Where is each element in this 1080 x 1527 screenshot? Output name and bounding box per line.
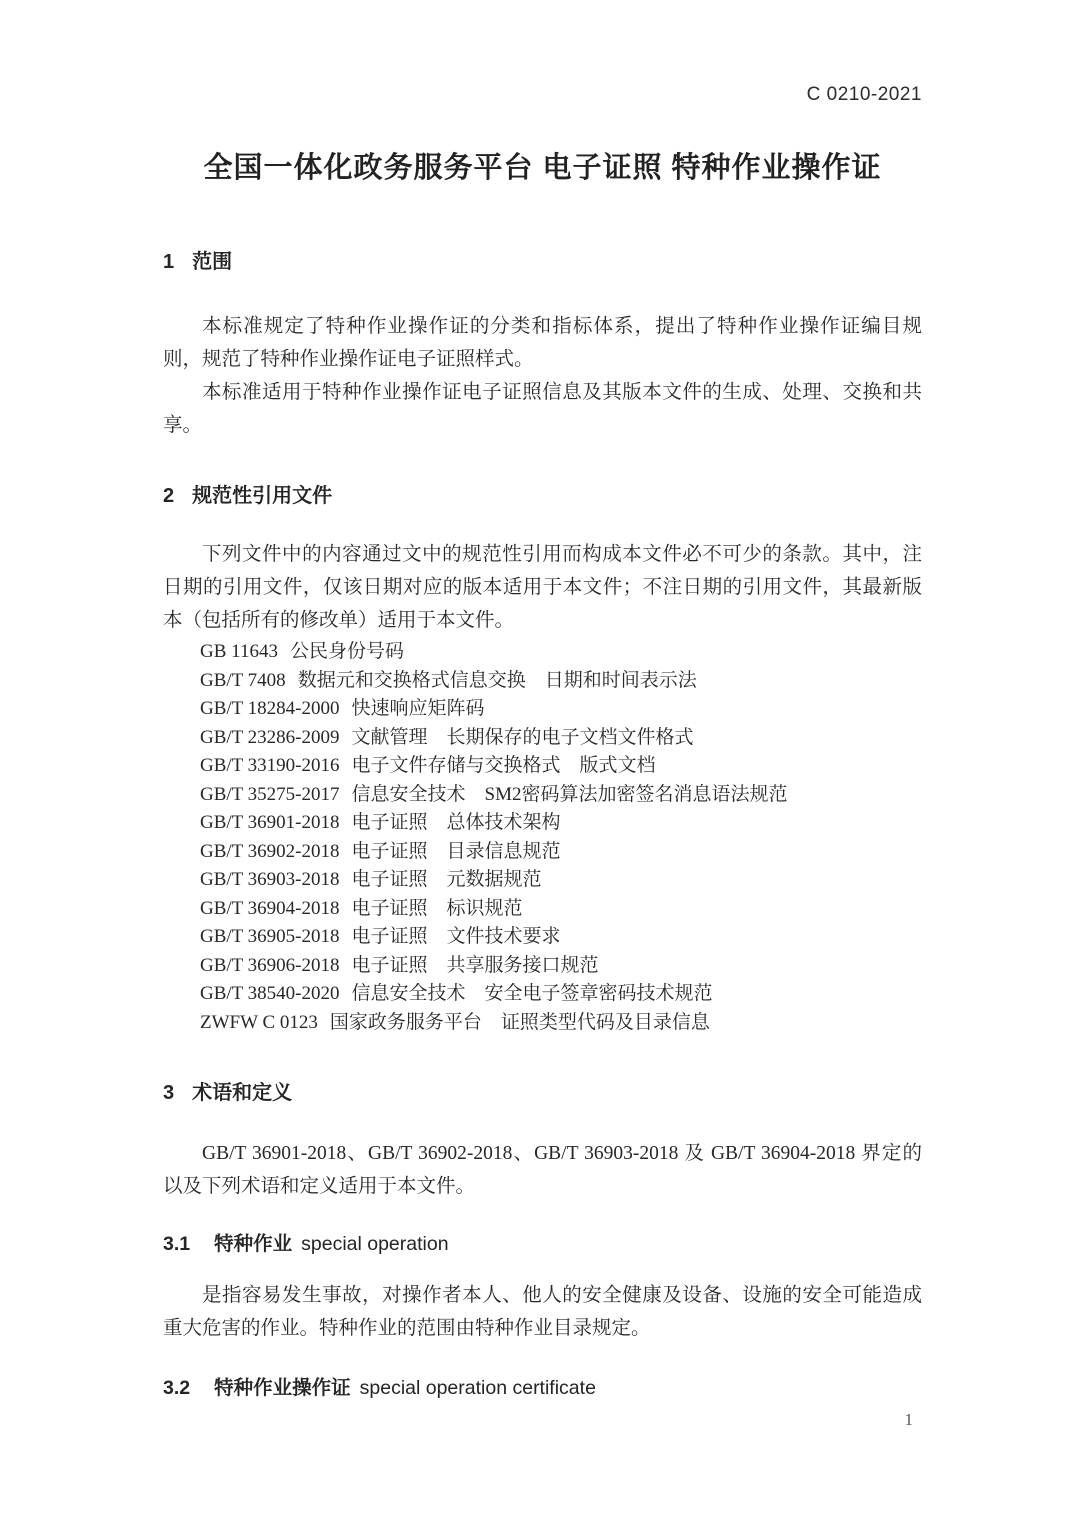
reference-code: GB/T 7408 xyxy=(200,667,286,696)
document-page: C 0210-2021 全国一体化政务服务平台 电子证照 特种作业操作证 1范围… xyxy=(0,0,1080,1527)
reference-title: 电子证照 共享服务接口规范 xyxy=(352,955,599,976)
reference-item: ZWFW C 0123国家政务服务平台 证照类型代码及目录信息 xyxy=(200,1009,922,1038)
reference-code: GB/T 36901-2018 xyxy=(200,809,340,838)
reference-code: GB/T 36902-2018 xyxy=(200,838,340,867)
reference-code: GB/T 18284-2000 xyxy=(200,695,340,724)
reference-title: 电子证照 目录信息规范 xyxy=(352,841,561,862)
reference-code: GB/T 33190-2016 xyxy=(200,752,340,781)
term-3-1-zh: 特种作业 xyxy=(214,1233,292,1255)
reference-item: GB/T 23286-2009文献管理 长期保存的电子文档文件格式 xyxy=(200,724,922,753)
reference-item: GB/T 36906-2018电子证照 共享服务接口规范 xyxy=(200,952,922,981)
reference-title: 国家政务服务平台 证照类型代码及目录信息 xyxy=(330,1012,710,1033)
doc-number: C 0210-2021 xyxy=(163,0,922,106)
reference-title: 电子证照 文件技术要求 xyxy=(352,926,561,947)
term-3-1-heading: 3.1特种作业special operation xyxy=(163,1231,922,1257)
reference-title: 信息安全技术 SM2密码算法加密签名消息语法规范 xyxy=(352,784,788,805)
term-3-1-number: 3.1 xyxy=(163,1231,190,1257)
paragraph: 下列文件中的内容通过文中的规范性引用而构成本文件必不可少的条款。其中，注日期的引… xyxy=(163,538,922,637)
section-3-number: 3 xyxy=(163,1079,174,1107)
section-2-number: 2 xyxy=(163,482,174,510)
reference-code: GB/T 38540-2020 xyxy=(200,980,340,1009)
reference-title: 电子证照 总体技术架构 xyxy=(352,812,561,833)
paragraph: 是指容易发生事故，对操作者本人、他人的安全健康及设备、设施的安全可能造成重大危害… xyxy=(163,1279,922,1345)
section-1-heading: 1范围 xyxy=(163,248,922,276)
reference-title: 快速响应矩阵码 xyxy=(352,698,485,719)
term-3-2-en: special operation certificate xyxy=(360,1377,596,1399)
paragraph: GB/T 36901-2018、GB/T 36902-2018、GB/T 369… xyxy=(163,1137,922,1203)
section-3-heading: 3术语和定义 xyxy=(163,1079,922,1107)
reference-code: GB/T 35275-2017 xyxy=(200,781,340,810)
reference-item: GB/T 7408数据元和交换格式信息交换 日期和时间表示法 xyxy=(200,667,922,696)
reference-title: 信息安全技术 安全电子签章密码技术规范 xyxy=(352,983,713,1004)
reference-item: GB 11643公民身份号码 xyxy=(200,638,922,667)
reference-title: 文献管理 长期保存的电子文档文件格式 xyxy=(352,727,694,748)
section-3-body: GB/T 36901-2018、GB/T 36902-2018、GB/T 369… xyxy=(163,1137,922,1203)
reference-item: GB/T 36905-2018电子证照 文件技术要求 xyxy=(200,923,922,952)
reference-title: 电子证照 标识规范 xyxy=(352,898,523,919)
term-3-1-en: special operation xyxy=(301,1233,448,1255)
section-2-body: 下列文件中的内容通过文中的规范性引用而构成本文件必不可少的条款。其中，注日期的引… xyxy=(163,538,922,637)
term-3-1-body: 是指容易发生事故，对操作者本人、他人的安全健康及设备、设施的安全可能造成重大危害… xyxy=(163,1279,922,1345)
page-number: 1 xyxy=(905,1410,914,1430)
reference-code: GB 11643 xyxy=(200,638,278,667)
reference-item: GB/T 36901-2018电子证照 总体技术架构 xyxy=(200,809,922,838)
reference-item: GB/T 33190-2016电子文件存储与交换格式 版式文档 xyxy=(200,752,922,781)
reference-item: GB/T 35275-2017信息安全技术 SM2密码算法加密签名消息语法规范 xyxy=(200,781,922,810)
reference-item: GB/T 18284-2000快速响应矩阵码 xyxy=(200,695,922,724)
reference-code: GB/T 36904-2018 xyxy=(200,895,340,924)
reference-item: GB/T 36903-2018电子证照 元数据规范 xyxy=(200,866,922,895)
term-3-2-zh: 特种作业操作证 xyxy=(214,1377,351,1399)
section-2-title: 规范性引用文件 xyxy=(192,485,332,507)
section-3-title: 术语和定义 xyxy=(192,1082,292,1104)
section-1-title: 范围 xyxy=(192,251,232,273)
document-title: 全国一体化政务服务平台 电子证照 特种作业操作证 xyxy=(163,148,922,188)
reference-code: ZWFW C 0123 xyxy=(200,1009,318,1038)
paragraph: 本标准适用于特种作业操作证电子证照信息及其版本文件的生成、处理、交换和共享。 xyxy=(163,376,922,442)
section-1-number: 1 xyxy=(163,248,174,276)
reference-code: GB/T 36906-2018 xyxy=(200,952,340,981)
section-1-body: 本标准规定了特种作业操作证的分类和指标体系，提出了特种作业操作证编目规则，规范了… xyxy=(163,310,922,442)
reference-code: GB/T 36905-2018 xyxy=(200,923,340,952)
paragraph: 本标准规定了特种作业操作证的分类和指标体系，提出了特种作业操作证编目规则，规范了… xyxy=(163,310,922,376)
reference-code: GB/T 36903-2018 xyxy=(200,866,340,895)
reference-code: GB/T 23286-2009 xyxy=(200,724,340,753)
normative-references-list: GB 11643公民身份号码 GB/T 7408数据元和交换格式信息交换 日期和… xyxy=(163,638,922,1037)
reference-title: 公民身份号码 xyxy=(290,641,404,662)
section-2-heading: 2规范性引用文件 xyxy=(163,482,922,510)
term-3-2-number: 3.2 xyxy=(163,1375,190,1401)
reference-title: 电子文件存储与交换格式 版式文档 xyxy=(352,755,656,776)
reference-item: GB/T 38540-2020信息安全技术 安全电子签章密码技术规范 xyxy=(200,980,922,1009)
reference-title: 电子证照 元数据规范 xyxy=(352,869,542,890)
reference-title: 数据元和交换格式信息交换 日期和时间表示法 xyxy=(298,670,697,691)
term-3-2-heading: 3.2特种作业操作证special operation certificate xyxy=(163,1375,922,1401)
reference-item: GB/T 36904-2018电子证照 标识规范 xyxy=(200,895,922,924)
reference-item: GB/T 36902-2018电子证照 目录信息规范 xyxy=(200,838,922,867)
